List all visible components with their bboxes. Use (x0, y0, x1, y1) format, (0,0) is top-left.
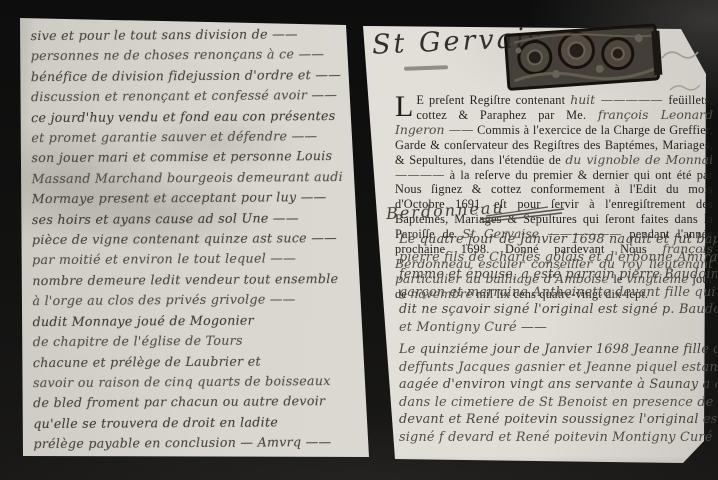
handwritten-line: chacune et prélège de Laubrier et (33, 350, 345, 373)
handwritten-line: ce jourd'huy vendu et fond eau con prése… (31, 106, 343, 129)
entry-line: signé f devard et René poitevin Montigny… (399, 429, 717, 447)
entry-line: devant et René poitevin soussignez l'ori… (399, 411, 717, 429)
left-page-lines: sive et pour le tout sans division de ——… (31, 24, 346, 455)
printed-text: E preſent Regiſtre contenant (416, 93, 570, 107)
handwritten-line: pièce de vigne contenant quinze ast suce… (32, 228, 344, 251)
pencil-scribble-icon (660, 46, 700, 69)
handwritten-line: par moitié et environ le tout lequel —— (32, 248, 344, 271)
entry-line: femme et épouse, a esté parrain pierre B… (399, 266, 717, 284)
handwritten-line: qu'elle se trouvera de droit en ladite (33, 412, 345, 435)
handwritten-line: à l'orge au clos des privés grivolge —— (32, 289, 344, 312)
entry-line: deffunts Jacques gasnier et Jeanne pique… (399, 359, 717, 377)
handwritten-line: Massand Marchand bourgeois demeurant aud… (32, 167, 344, 190)
handwritten-line: son jouer mari et commise et personne Lo… (31, 146, 343, 169)
handwritten-line: nombre demeure ledit vendeur tout ensemb… (32, 269, 344, 292)
handwritten-line: de bled froment par chacun ou autre devo… (33, 391, 345, 414)
register-scan: sive et pour le tout sans division de ——… (0, 0, 718, 480)
drop-cap-letter: L (395, 93, 416, 120)
burial-entry: Le quinziéme jour de Janvier 1698 Jeanne… (399, 341, 717, 447)
handwritten-line: et promet garantie sauver et défendre —— (31, 126, 343, 149)
handwritten-line: dudit Monnaye joué de Mogonier (33, 310, 345, 333)
baptism-entry: Le quatre jour de Janvier 1698 naquit et… (399, 231, 717, 337)
handwritten-line: prélège payable en conclusion — Amvrq —— (33, 432, 345, 455)
entry-line: Le quinziéme jour de Janvier 1698 Jeanne… (399, 341, 717, 359)
entry-line: aagée d'environ vingt ans servante à Sau… (399, 376, 717, 394)
handwritten-line: discussion et renonçant et confessé avoi… (31, 85, 343, 108)
handwritten-line: Mormaye present et acceptant pour luy —— (32, 187, 344, 210)
handwritten-line: savoir ou raison de cinq quarts de boiss… (33, 371, 345, 394)
woodcut-ornament-icon (503, 21, 665, 96)
handwritten-line: de chapitre de l'église de Tours (33, 330, 345, 353)
handwritten-line: personnes ne de choses renonçans à ce —— (31, 44, 343, 67)
entry-line: dit ne sçavoir signé l'original est sign… (399, 301, 717, 319)
entry-line: garçon et marraine Anthoinette devant fi… (399, 284, 717, 302)
handwritten-line: bénéfice de division fidejussion d'ordre… (31, 65, 343, 88)
handwritten-line: ses hoirs et ayans cause ad sol Une —— (32, 208, 344, 231)
entry-line: et Montigny Curé —— (399, 319, 717, 337)
entry-line: Le quatre jour de Janvier 1698 naquit et… (399, 231, 717, 249)
signature-paraph-flourish-icon (478, 203, 568, 230)
handwritten-line: sive et pour le tout sans division de —— (31, 24, 343, 47)
entry-line: pierre fils de Charles golais et d'erbon… (399, 249, 717, 267)
entry-line: dans le cimetiere de St Benoist en prese… (399, 394, 717, 412)
handwritten-fill-in: huit ————— (570, 92, 668, 107)
